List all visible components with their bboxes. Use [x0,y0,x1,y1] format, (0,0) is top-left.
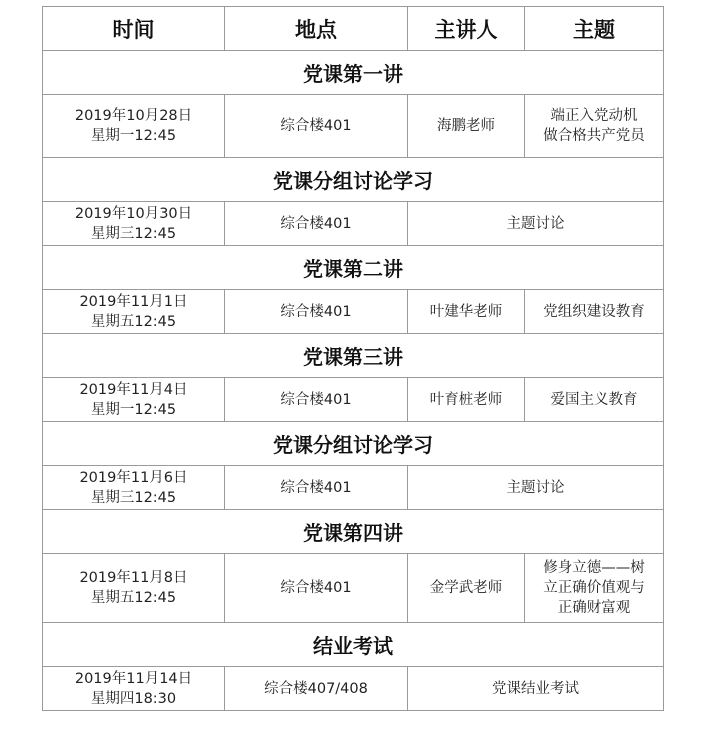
header-place: 地点 [225,7,408,51]
table-row: 2019年11月1日 星期五12:45 综合楼401 叶建华老师 党组织建设教育 [43,290,664,334]
header-row: 时间 地点 主讲人 主题 [43,7,664,51]
weekday-time-text: 星期三12:45 [43,488,224,508]
weekday-time-text: 星期五12:45 [43,588,224,608]
section-row: 党课分组讨论学习 [43,158,664,202]
date-text: 2019年11月8日 [43,568,224,588]
section-title: 结业考试 [43,623,664,667]
weekday-time-text: 星期一12:45 [43,126,224,146]
table-row: 2019年11月6日 星期三12:45 综合楼401 主题讨论 [43,466,664,510]
topic-line: 正确财富观 [525,598,663,618]
merged-topic-cell: 党课结业考试 [408,667,664,711]
section-row: 党课第二讲 [43,246,664,290]
table-row: 2019年11月4日 星期一12:45 综合楼401 叶育桩老师 爱国主义教育 [43,378,664,422]
place-cell: 综合楼407/408 [225,667,408,711]
weekday-time-text: 星期一12:45 [43,400,224,420]
topic-line: 端正入党动机 [525,106,663,126]
section-row: 结业考试 [43,623,664,667]
time-cell: 2019年11月14日 星期四18:30 [43,667,225,711]
time-cell: 2019年10月28日 星期一12:45 [43,95,225,158]
topic-cell: 党组织建设教育 [525,290,664,334]
table-row: 2019年10月28日 星期一12:45 综合楼401 海鹏老师 端正入党动机 … [43,95,664,158]
date-text: 2019年11月6日 [43,468,224,488]
header-speaker: 主讲人 [408,7,525,51]
speaker-cell: 金学武老师 [408,554,525,623]
speaker-cell: 叶育桩老师 [408,378,525,422]
section-row: 党课第一讲 [43,51,664,95]
place-cell: 综合楼401 [225,202,408,246]
party-course-schedule-table: 时间 地点 主讲人 主题 党课第一讲 2019年10月28日 星期一12:45 … [42,6,664,711]
speaker-cell: 叶建华老师 [408,290,525,334]
speaker-cell: 海鹏老师 [408,95,525,158]
section-row: 党课分组讨论学习 [43,422,664,466]
topic-line: 立正确价值观与 [525,578,663,598]
weekday-time-text: 星期五12:45 [43,312,224,332]
table-row: 2019年11月8日 星期五12:45 综合楼401 金学武老师 修身立德——树… [43,554,664,623]
section-title: 党课分组讨论学习 [43,422,664,466]
schedule-container: 时间 地点 主讲人 主题 党课第一讲 2019年10月28日 星期一12:45 … [42,6,663,711]
topic-cell: 端正入党动机 做合格共产党员 [525,95,664,158]
place-cell: 综合楼401 [225,95,408,158]
date-text: 2019年11月1日 [43,292,224,312]
place-cell: 综合楼401 [225,290,408,334]
place-cell: 综合楼401 [225,466,408,510]
weekday-time-text: 星期三12:45 [43,224,224,244]
time-cell: 2019年11月1日 星期五12:45 [43,290,225,334]
topic-cell: 爱国主义教育 [525,378,664,422]
section-title: 党课第三讲 [43,334,664,378]
topic-line: 修身立德——树 [525,558,663,578]
topic-line: 做合格共产党员 [525,126,663,146]
section-row: 党课第三讲 [43,334,664,378]
section-title: 党课第四讲 [43,510,664,554]
place-cell: 综合楼401 [225,554,408,623]
table-row: 2019年10月30日 星期三12:45 综合楼401 主题讨论 [43,202,664,246]
date-text: 2019年10月28日 [43,106,224,126]
date-text: 2019年11月14日 [43,669,224,689]
section-title: 党课分组讨论学习 [43,158,664,202]
time-cell: 2019年11月4日 星期一12:45 [43,378,225,422]
merged-topic-cell: 主题讨论 [408,466,664,510]
place-cell: 综合楼401 [225,378,408,422]
date-text: 2019年11月4日 [43,380,224,400]
time-cell: 2019年10月30日 星期三12:45 [43,202,225,246]
merged-topic-cell: 主题讨论 [408,202,664,246]
header-topic: 主题 [525,7,664,51]
section-title: 党课第一讲 [43,51,664,95]
time-cell: 2019年11月6日 星期三12:45 [43,466,225,510]
date-text: 2019年10月30日 [43,204,224,224]
topic-cell: 修身立德——树 立正确价值观与 正确财富观 [525,554,664,623]
weekday-time-text: 星期四18:30 [43,689,224,709]
section-row: 党课第四讲 [43,510,664,554]
table-row: 2019年11月14日 星期四18:30 综合楼407/408 党课结业考试 [43,667,664,711]
header-time: 时间 [43,7,225,51]
section-title: 党课第二讲 [43,246,664,290]
time-cell: 2019年11月8日 星期五12:45 [43,554,225,623]
